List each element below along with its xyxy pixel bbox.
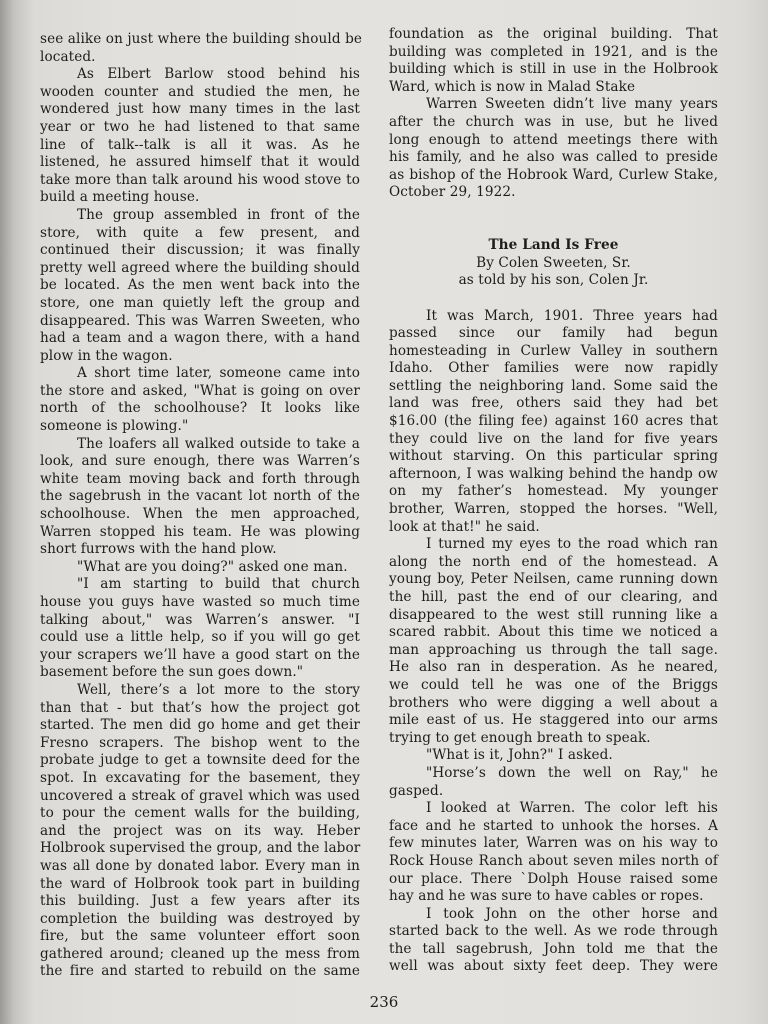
text-line: the ward of Holbrook took part in buildi… <box>40 876 360 894</box>
text-line: spot. In excavating for the basement, th… <box>40 770 360 788</box>
text-line: north of the schoolhouse? It looks like <box>40 400 360 418</box>
text-line: settling the neighboring land. Some said… <box>389 378 718 396</box>
text-line: He also ran in desperation. As he neared… <box>389 659 718 677</box>
text-line: we could tell he was one of the Briggs <box>389 677 718 695</box>
text-line: Well, there’s a lot more to the story <box>40 682 360 700</box>
text-line: basement before the sun goes down." <box>40 664 360 682</box>
text-line: the sagebrush in the vacant lot north of… <box>40 488 360 506</box>
text-line: land was free, others said they had bet <box>389 395 718 413</box>
text-line: on my father’s homestead. My younger <box>389 483 718 501</box>
left-column: see alike on just where the building sho… <box>40 31 360 981</box>
text-line: few minutes later, Warren was on his way… <box>389 835 718 853</box>
text-line: man approaching us through the tall sage… <box>389 642 718 660</box>
text-line: had a team and a wagon there, with a han… <box>40 330 360 348</box>
text-line: short furrows with the hand plow. <box>40 541 360 559</box>
text-line: without starving. On this particular spr… <box>389 448 718 466</box>
blank-line <box>389 220 718 238</box>
text-line: brother, Warren, stopped the horses. "We… <box>389 501 718 519</box>
text-line: this building. Just a few years after it… <box>40 893 360 911</box>
text-line: wooden counter and studied the men, he <box>40 84 360 102</box>
text-line: gasped. <box>389 783 718 801</box>
text-line: As Elbert Barlow stood behind his <box>40 66 360 84</box>
text-line: "What is it, John?" I asked. <box>389 747 718 765</box>
text-line: your scrapers we’ll have a good start on… <box>40 647 360 665</box>
text-line: they could live on the land for five yea… <box>389 431 718 449</box>
right-column: foundation as the original building. Tha… <box>389 26 718 976</box>
text-line: could use a little help, so if you will … <box>40 629 360 647</box>
text-line: I took John on the other horse and <box>389 906 718 924</box>
text-line: the fire and started to rebuild on the s… <box>40 963 360 981</box>
text-line: probate judge to get a townsite deed for… <box>40 752 360 770</box>
text-line: well was about sixty feet deep. They wer… <box>389 958 718 976</box>
text-line: house you guys have wasted so much time <box>40 594 360 612</box>
text-line: plow in the wagon. <box>40 348 360 366</box>
text-line: homesteading in Curlew Valley in souther… <box>389 343 718 361</box>
text-line: Ward, which is now in Malad Stake <box>389 79 718 97</box>
text-line: store, one man quietly left the group an… <box>40 295 360 313</box>
text-line: started. The men did go home and get the… <box>40 717 360 735</box>
text-line: fire, but the same volunteer effort soon <box>40 928 360 946</box>
text-line: year or two he had listened to that same <box>40 119 360 137</box>
text-line: see alike on just where the building sho… <box>40 31 360 49</box>
text-line: gathered around; cleaned up the mess fro… <box>40 946 360 964</box>
text-line: A short time later, someone came into <box>40 365 360 383</box>
text-line: I looked at Warren. The color left his <box>389 800 718 818</box>
text-line: pretty well agreed where the building sh… <box>40 260 360 278</box>
text-line: building which is still in use in the Ho… <box>389 61 718 79</box>
text-line: foundation as the original building. Tha… <box>389 26 718 44</box>
text-line: talking about," was Warren’s answer. "I <box>40 612 360 630</box>
text-line: look at that!" he said. <box>389 519 718 537</box>
text-line: to pour the cement walls for the buildin… <box>40 805 360 823</box>
text-line: after the church was in use, but he live… <box>389 114 718 132</box>
text-line: "What are you doing?" asked one man. <box>40 559 360 577</box>
article-title: The Land Is Free <box>389 237 718 255</box>
text-line: than that - but that’s how the project g… <box>40 700 360 718</box>
text-line: The group assembled in front of the <box>40 207 360 225</box>
article-byline: as told by his son, Colen Jr. <box>389 272 718 290</box>
text-line: white team moving back and forth through <box>40 471 360 489</box>
text-line: building was completed in 1921, and is t… <box>389 44 718 62</box>
text-line: uncovered a streak of gravel which was u… <box>40 788 360 806</box>
text-line: store, with quite a few present, and <box>40 225 360 243</box>
text-line: "Horse’s down the well on Ray," he <box>389 765 718 783</box>
text-line: Warren stopped his team. He was plowing <box>40 524 360 542</box>
text-line: afternoon, I was walking behind the hand… <box>389 466 718 484</box>
text-line: The loafers all walked outside to take a <box>40 436 360 454</box>
text-line: the tall sagebrush, John told me that th… <box>389 941 718 959</box>
text-line: line of talk--talk is all it was. As he <box>40 137 360 155</box>
text-line: look, and sure enough, there was Warren’… <box>40 453 360 471</box>
text-line: build a meeting house. <box>40 189 360 207</box>
text-line: someone is plowing." <box>40 418 360 436</box>
text-line: the hill, past the end of our clearing, … <box>389 589 718 607</box>
text-line: long enough to attend meetings there wit… <box>389 132 718 150</box>
text-line: and the project was on its way. Heber <box>40 823 360 841</box>
text-line: scared rabbit. About this time we notice… <box>389 624 718 642</box>
text-line: Rock House Ranch about seven miles north… <box>389 853 718 871</box>
text-line: trying to get enough breath to speak. <box>389 730 718 748</box>
text-line: Fresno scrapers. The bishop went to the <box>40 735 360 753</box>
text-line: was all done by donated labor. Every man… <box>40 858 360 876</box>
text-line: the store and asked, "What is going on o… <box>40 383 360 401</box>
text-line: face and he started to unhook the horses… <box>389 818 718 836</box>
text-line: brothers who were digging a well about a <box>389 695 718 713</box>
text-line: Warren Sweeten didn’t live many years <box>389 96 718 114</box>
text-line: our place. There `Dolph House raised som… <box>389 871 718 889</box>
text-line: disappeared to the west still running li… <box>389 607 718 625</box>
blank-line <box>389 202 718 220</box>
text-line: It was March, 1901. Three years had <box>389 308 718 326</box>
text-line: located. <box>40 49 360 67</box>
text-line: be located. As the men went back into th… <box>40 277 360 295</box>
text-line: passed since our family had begun <box>389 325 718 343</box>
text-line: Holbrook supervised the group, and the l… <box>40 840 360 858</box>
text-line: schoolhouse. When the men approached, <box>40 506 360 524</box>
text-line: completion the building was destroyed by <box>40 911 360 929</box>
text-line: take more than talk around his wood stov… <box>40 172 360 190</box>
text-line: October 29, 1922. <box>389 184 718 202</box>
text-line: wondered just how many times in the last <box>40 101 360 119</box>
text-line: $16.00 (the filing fee) against 160 acre… <box>389 413 718 431</box>
text-line: young boy, Peter Neilsen, came running d… <box>389 571 718 589</box>
text-line: continued their discussion; it was final… <box>40 242 360 260</box>
article-byline: By Colen Sweeten, Sr. <box>389 255 718 273</box>
page-number: 236 <box>0 993 768 1011</box>
text-line: as bishop of the Hobrook Ward, Curlew St… <box>389 167 718 185</box>
text-line: listened, he assured himself that it wou… <box>40 154 360 172</box>
text-line: started back to the well. As we rode thr… <box>389 923 718 941</box>
text-line: I turned my eyes to the road which ran <box>389 536 718 554</box>
text-line: his family, and he also was called to pr… <box>389 149 718 167</box>
text-line: along the north end of the homestead. A <box>389 554 718 572</box>
text-line: Idaho. Other families were now rapidly <box>389 360 718 378</box>
text-line: "I am starting to build that church <box>40 576 360 594</box>
text-line: mile east of us. He staggered into our a… <box>389 712 718 730</box>
text-line: disappeared. This was Warren Sweeten, wh… <box>40 313 360 331</box>
blank-line <box>389 290 718 308</box>
text-line: hay and he was sure to have cables or ro… <box>389 888 718 906</box>
